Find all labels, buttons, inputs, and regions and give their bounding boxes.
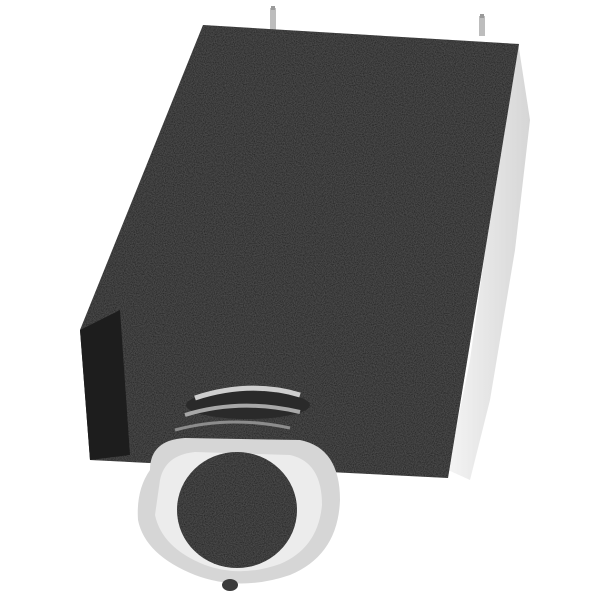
- socket-highlight: [222, 579, 238, 591]
- pin-right: [479, 14, 485, 36]
- product-photo: [0, 0, 600, 600]
- pin-left: [270, 6, 276, 30]
- audio-jack-illustration: [0, 0, 600, 600]
- jack-socket-hole: [177, 452, 297, 568]
